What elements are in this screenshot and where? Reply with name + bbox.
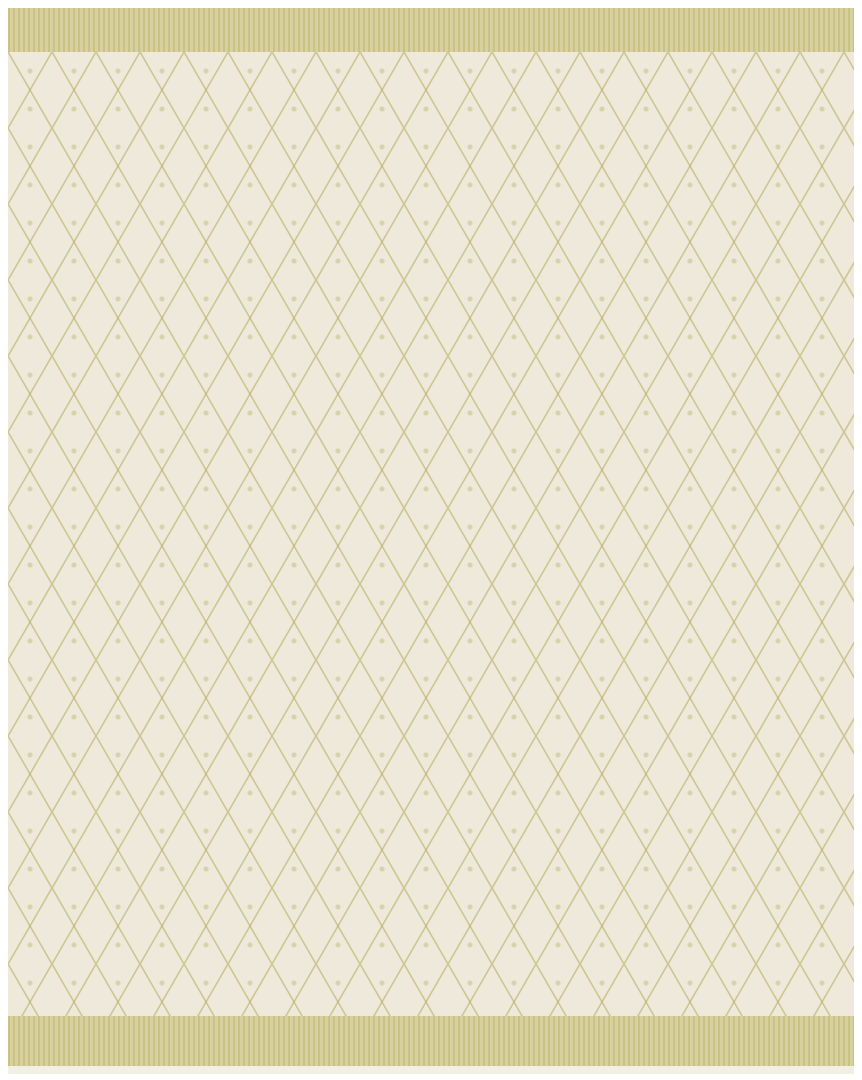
rug-edge: [8, 1066, 854, 1074]
rug-photo: [8, 8, 854, 1074]
rug-bottom-band: [8, 1016, 854, 1066]
rug-diamond-field: [8, 52, 854, 1016]
rug-top-band: [8, 8, 854, 52]
